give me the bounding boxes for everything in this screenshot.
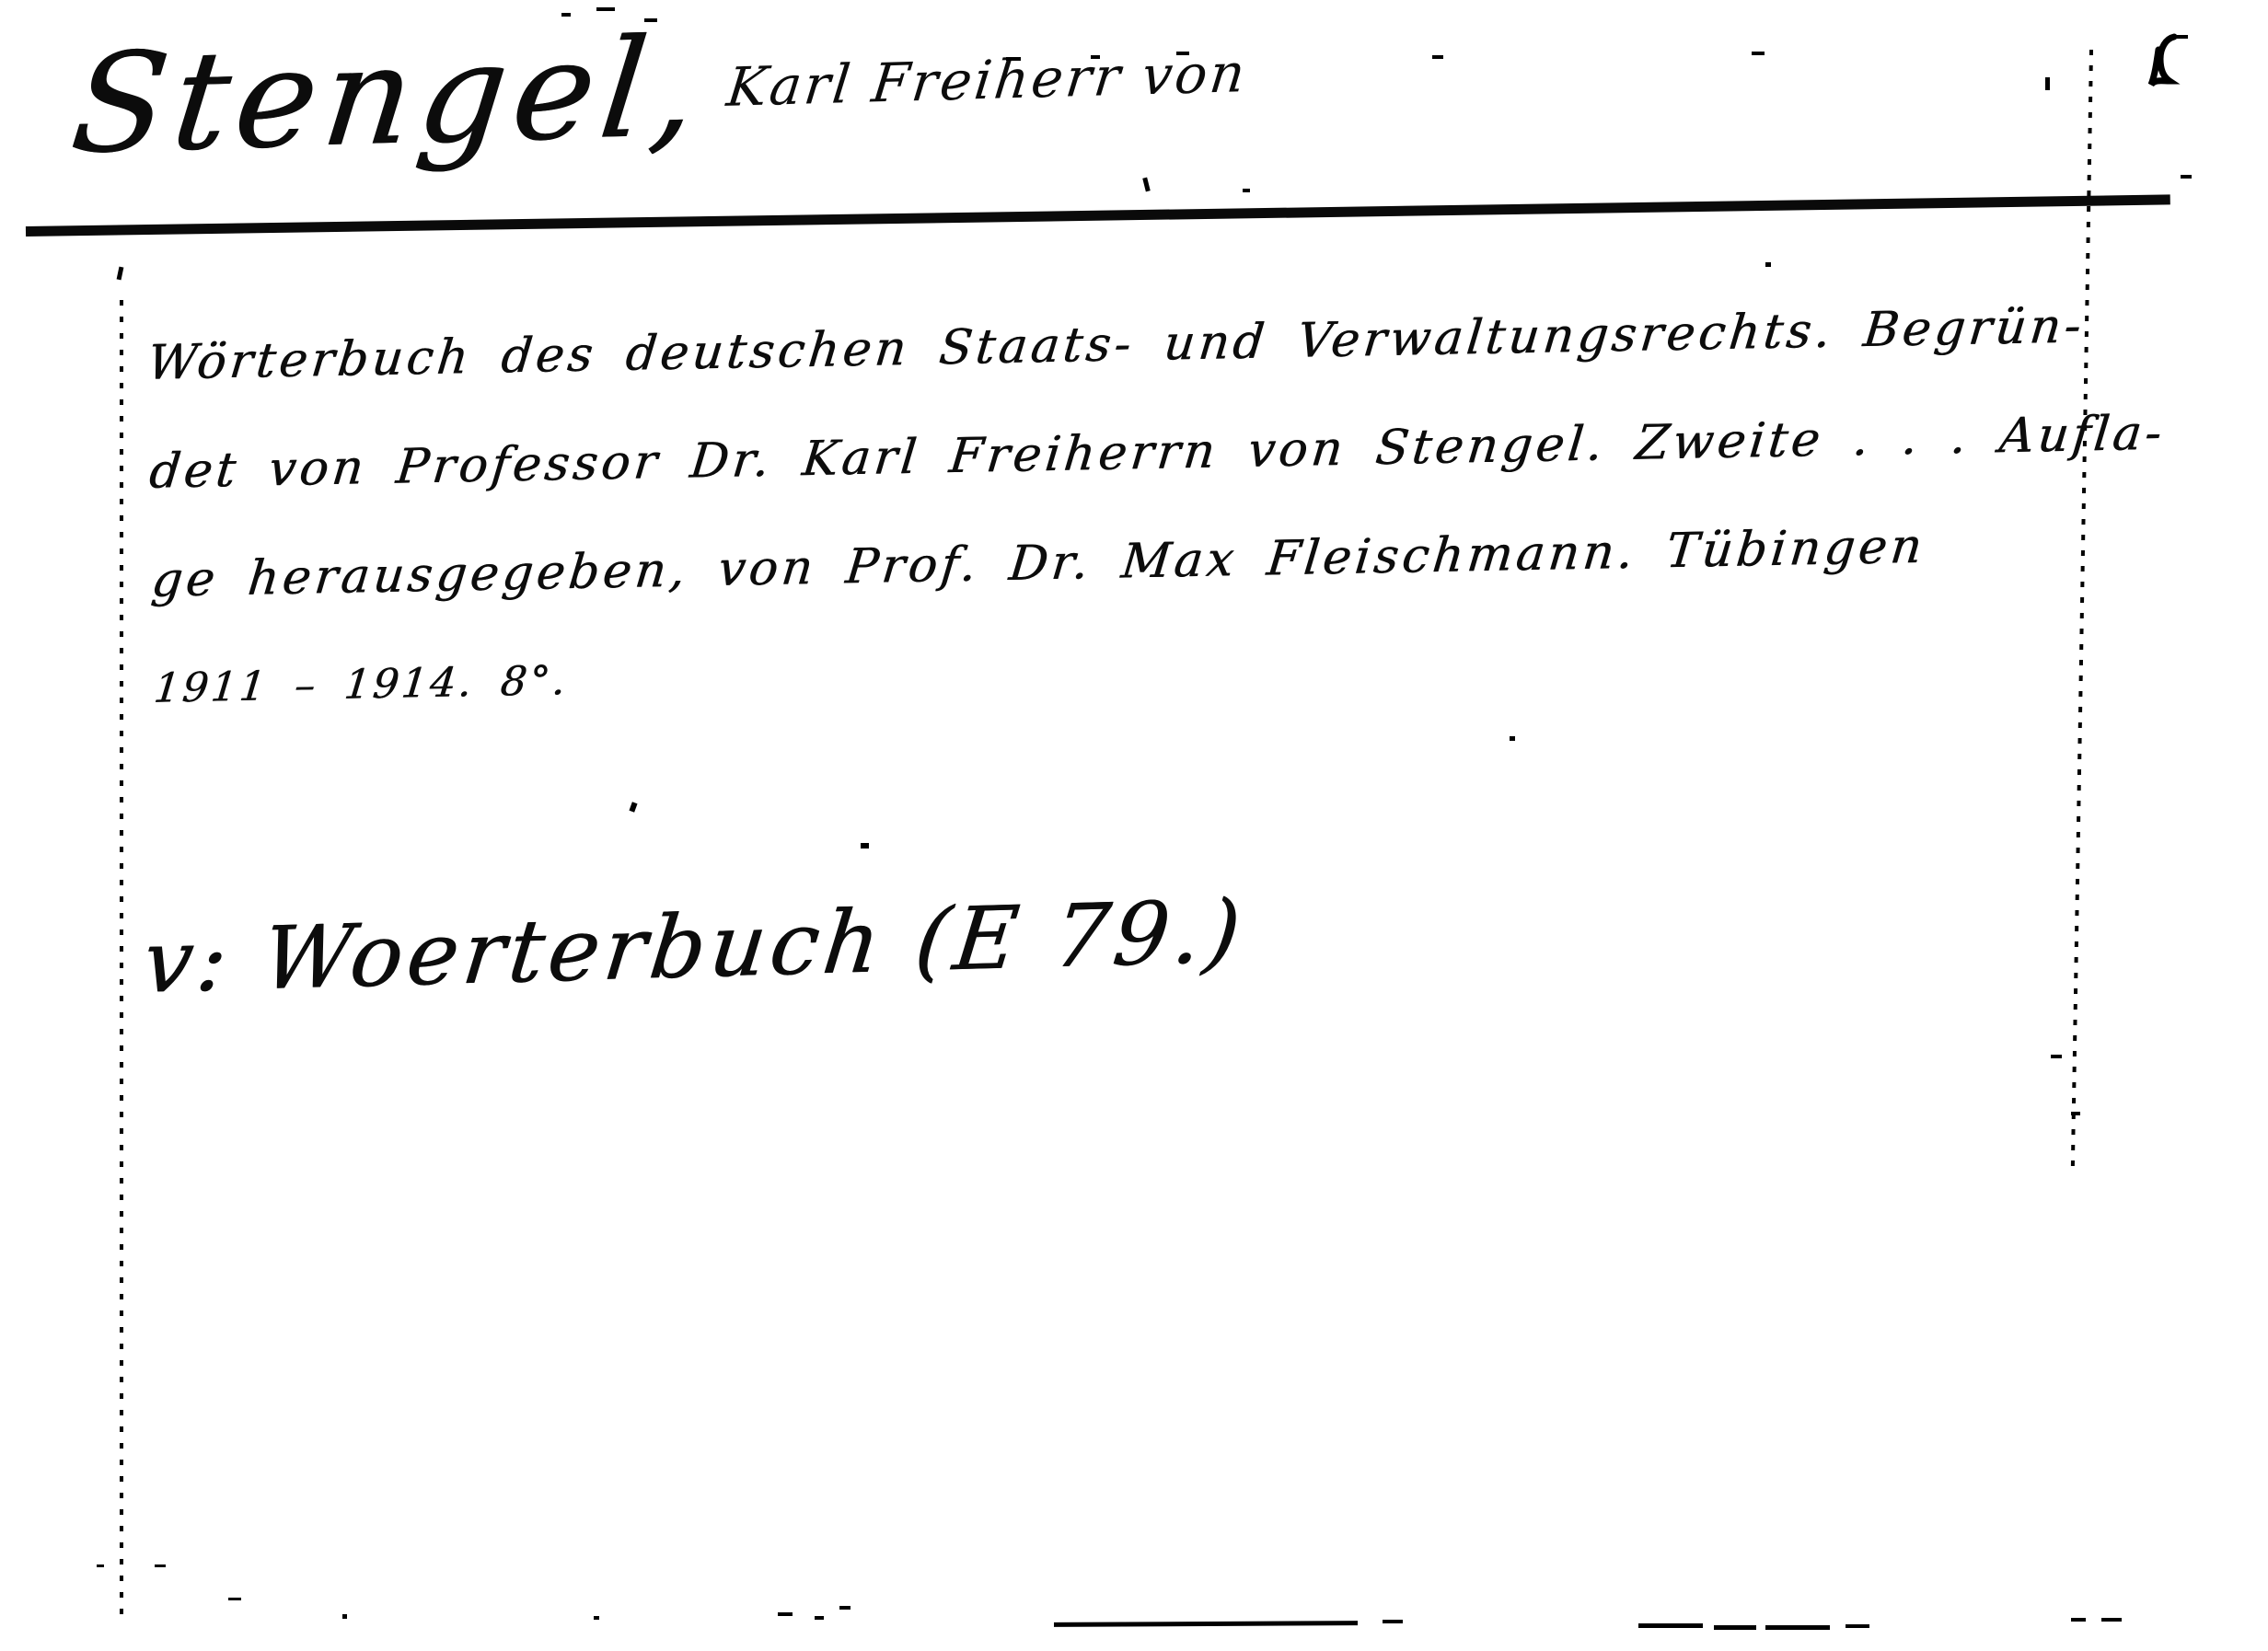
catalog-card: Stengel, Karl Freiherr von Wörterbuch de… — [0, 0, 2268, 1651]
ink-speck — [1176, 52, 1189, 55]
bottom-edge-mark — [1054, 1621, 1358, 1627]
ink-speck — [1006, 57, 1021, 61]
bottom-edge-mark — [1638, 1623, 1703, 1628]
ink-speck — [2181, 175, 2192, 179]
ink-speck — [644, 18, 657, 22]
ink-speck — [1243, 189, 1250, 192]
bottom-edge-mark — [342, 1614, 347, 1619]
ink-speck — [861, 843, 869, 849]
ink-speck — [2177, 35, 2188, 39]
ink-speck — [2071, 1112, 2080, 1115]
ink-speck — [2051, 1055, 2062, 1058]
bottom-edge-mark — [594, 1616, 599, 1620]
bottom-edge-mark — [97, 1564, 104, 1567]
bottom-edge-mark — [839, 1606, 850, 1610]
ink-speck — [1752, 52, 1765, 55]
bottom-edge-mark — [815, 1616, 824, 1620]
ink-speck — [1091, 55, 1100, 59]
ink-speck — [1510, 736, 1515, 741]
ink-speck — [2045, 77, 2050, 90]
ink-speck — [596, 7, 615, 11]
shelf-reference: v: Woerterbuch (E 79.) — [138, 882, 1249, 1013]
ink-speck — [629, 802, 637, 812]
author-heading: Stengel, Karl Freiherr von — [60, 0, 1245, 184]
heading-underline — [26, 194, 2170, 237]
left-margin-dotted-line — [120, 300, 123, 1616]
bottom-edge-mark — [1383, 1620, 1403, 1623]
bottom-edge-mark — [2101, 1618, 2122, 1622]
ink-speck — [1765, 262, 1771, 267]
bibliographic-entry: Wörterbuch des deutschen Staats- und Ver… — [140, 271, 2127, 744]
ink-speck — [561, 13, 571, 17]
ink-speck — [1432, 55, 1443, 59]
bottom-edge-mark — [228, 1598, 241, 1600]
bottom-edge-mark — [1714, 1625, 1756, 1630]
bottom-edge-mark — [155, 1564, 166, 1567]
bottom-edge-mark — [778, 1612, 793, 1616]
ink-speck — [117, 267, 124, 281]
author-surname: Stengel, — [64, 7, 712, 184]
ink-speck — [1142, 178, 1150, 192]
bottom-edge-mark — [2071, 1618, 2086, 1622]
bottom-edge-mark — [1765, 1625, 1830, 1630]
author-given-names: Karl Freiherr von — [724, 41, 1252, 119]
ink-blot — [2141, 33, 2183, 94]
bottom-edge-mark — [1846, 1624, 1869, 1628]
